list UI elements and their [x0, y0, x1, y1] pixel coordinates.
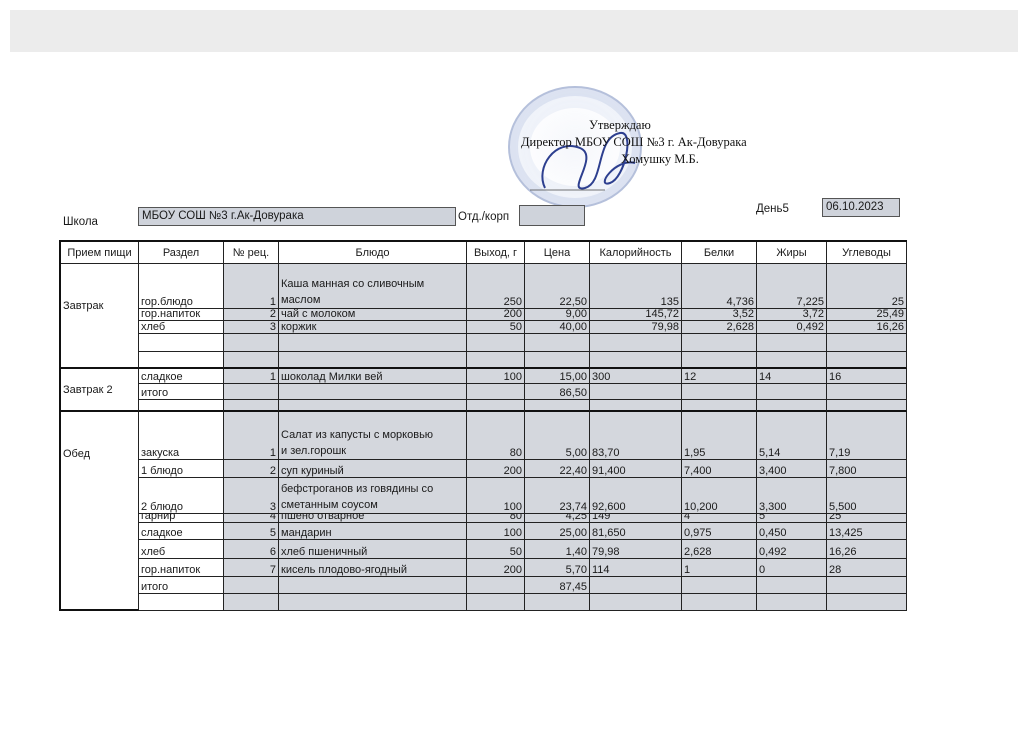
dish-name-line: пшено отварное [281, 514, 364, 522]
table-cell-carbs[interactable]: 7,19 [827, 412, 907, 460]
dish-name-line: сметанным соусом [281, 497, 378, 513]
table-cell-section: сладкое [139, 369, 224, 384]
column-header: Цена [525, 242, 590, 264]
table-cell-price[interactable]: 22,40 [525, 460, 590, 478]
column-header: Углеводы [827, 242, 907, 264]
table-cell-price[interactable]: 5,70 [525, 559, 590, 577]
table-cell-carbs[interactable]: 16,26 [827, 540, 907, 559]
meal-cell: Завтрак [61, 264, 139, 369]
table-cell-kcal[interactable]: 145,72 [590, 309, 682, 321]
table-cell-yield[interactable] [467, 334, 525, 352]
table-cell-protein[interactable] [682, 352, 757, 369]
date-field[interactable]: 06.10.2023 [822, 198, 900, 217]
table-cell-carbs[interactable]: 5,500 [827, 478, 907, 514]
table-cell-fat[interactable]: 0 [757, 559, 827, 577]
table-cell-fat[interactable]: 3,400 [757, 460, 827, 478]
table-cell-section: хлеб [139, 540, 224, 559]
day-label: День5 [756, 203, 789, 215]
table-cell-rec: 6 [224, 540, 279, 559]
dish-name-line: суп куриный [281, 465, 344, 477]
table-cell-rec [224, 400, 279, 412]
meal-cell: Обед [61, 412, 139, 611]
table-cell-rec: 2 [224, 309, 279, 321]
table-cell-kcal[interactable] [590, 352, 682, 369]
table-cell-dish[interactable]: хлеб пшеничный [279, 540, 467, 559]
table-cell-kcal[interactable] [590, 384, 682, 400]
column-header: Раздел [139, 242, 224, 264]
table-cell-protein[interactable]: 1,95 [682, 412, 757, 460]
dish-name-line: хлеб пшеничный [281, 546, 367, 558]
table-cell-rec [224, 577, 279, 594]
table-cell-fat[interactable]: 5,14 [757, 412, 827, 460]
table-cell-kcal[interactable]: 300 [590, 369, 682, 384]
table-cell-section: гор.напиток [139, 559, 224, 577]
table-cell-kcal[interactable]: 83,70 [590, 412, 682, 460]
table-cell-section: закуска [139, 412, 224, 460]
dish-name-line: мандарин [281, 527, 332, 539]
table-cell-yield[interactable]: 250 [467, 264, 525, 309]
table-cell-protein[interactable]: 3,52 [682, 309, 757, 321]
column-header: Блюдо [279, 242, 467, 264]
meal-cell: Завтрак 2 [61, 369, 139, 412]
table-cell-price[interactable] [525, 400, 590, 412]
dish-name-line: чай с молоком [281, 309, 355, 320]
table-cell-dish[interactable]: пшено отварное [279, 514, 467, 523]
table-cell-yield[interactable] [467, 577, 525, 594]
table-cell-kcal[interactable]: 91,400 [590, 460, 682, 478]
menu-table: Прием пищиРаздел№ рец.БлюдоВыход, гЦенаК… [59, 240, 907, 611]
table-cell-section: гор.блюдо [139, 264, 224, 309]
dish-name-line: шоколад Милки вей [281, 371, 383, 383]
table-cell-protein[interactable]: 1 [682, 559, 757, 577]
table-cell-kcal[interactable]: 149 [590, 514, 682, 523]
approval-name: Хомушку М.Б. [621, 152, 699, 167]
table-cell-protein[interactable] [682, 334, 757, 352]
table-cell-kcal[interactable] [590, 577, 682, 594]
table-cell-rec: 3 [224, 321, 279, 334]
table-cell-rec: 2 [224, 460, 279, 478]
table-cell-protein[interactable]: 12 [682, 369, 757, 384]
approval-position: Директор МБОУ СОШ №3 г. Ак-Довурака [521, 135, 747, 150]
table-cell-section [139, 352, 224, 369]
table-cell-carbs[interactable] [827, 594, 907, 611]
table-cell-kcal[interactable]: 135 [590, 264, 682, 309]
table-cell-section [139, 334, 224, 352]
column-header: Калорийность [590, 242, 682, 264]
table-cell-rec: 1 [224, 369, 279, 384]
table-cell-protein[interactable]: 2,628 [682, 540, 757, 559]
table-cell-price[interactable]: 5,00 [525, 412, 590, 460]
table-cell-fat[interactable]: 3,300 [757, 478, 827, 514]
table-cell-yield[interactable]: 100 [467, 369, 525, 384]
table-cell-fat[interactable] [757, 594, 827, 611]
table-cell-dish[interactable] [279, 577, 467, 594]
table-cell-carbs[interactable] [827, 352, 907, 369]
table-cell-carbs[interactable]: 28 [827, 559, 907, 577]
table-cell-rec: 1 [224, 264, 279, 309]
table-cell-carbs[interactable]: 16 [827, 369, 907, 384]
table-cell-carbs[interactable] [827, 577, 907, 594]
table-cell-section: 1 блюдо [139, 460, 224, 478]
table-cell-fat[interactable] [757, 334, 827, 352]
column-header: Прием пищи [61, 242, 139, 264]
table-cell-fat[interactable] [757, 577, 827, 594]
table-cell-yield[interactable]: 200 [467, 309, 525, 321]
table-cell-price[interactable]: 86,50 [525, 384, 590, 400]
table-cell-yield[interactable]: 80 [467, 514, 525, 523]
dish-name-line: кисель плодово-ягодный [281, 564, 407, 576]
table-cell-protein[interactable]: 7,400 [682, 460, 757, 478]
table-cell-dish[interactable]: кисель плодово-ягодный [279, 559, 467, 577]
column-header: Белки [682, 242, 757, 264]
table-cell-protein[interactable]: 4 [682, 514, 757, 523]
scan-top-band [10, 10, 1018, 52]
table-cell-price[interactable]: 22,50 [525, 264, 590, 309]
table-cell-section: итого [139, 384, 224, 400]
table-cell-price[interactable]: 15,00 [525, 369, 590, 384]
table-cell-fat[interactable]: 0,450 [757, 523, 827, 540]
table-cell-fat[interactable]: 3,72 [757, 309, 827, 321]
table-cell-fat[interactable]: 0,492 [757, 540, 827, 559]
table-cell-fat[interactable] [757, 384, 827, 400]
table-cell-carbs[interactable]: 25,49 [827, 309, 907, 321]
table-cell-yield[interactable]: 50 [467, 540, 525, 559]
table-cell-protein[interactable] [682, 577, 757, 594]
dish-name-line: бефстроганов из говядины со [281, 481, 433, 497]
table-cell-price[interactable]: 25,00 [525, 523, 590, 540]
table-cell-yield[interactable]: 200 [467, 559, 525, 577]
table-cell-yield[interactable]: 100 [467, 523, 525, 540]
table-cell-carbs[interactable] [827, 384, 907, 400]
table-cell-protein[interactable] [682, 594, 757, 611]
dish-name-line: Каша манная со сливочным [281, 276, 424, 292]
table-cell-carbs[interactable]: 16,26 [827, 321, 907, 334]
table-cell-price[interactable] [525, 352, 590, 369]
table-cell-dish[interactable] [279, 334, 467, 352]
table-cell-price[interactable] [525, 594, 590, 611]
table-cell-dish[interactable]: чай с молоком [279, 309, 467, 321]
table-cell-dish[interactable]: коржик [279, 321, 467, 334]
table-cell-section [139, 594, 224, 611]
table-cell-yield[interactable] [467, 594, 525, 611]
dept-field[interactable] [519, 205, 585, 226]
table-cell-kcal[interactable] [590, 400, 682, 412]
table-cell-kcal[interactable]: 79,98 [590, 540, 682, 559]
table-cell-rec [224, 594, 279, 611]
table-cell-dish[interactable] [279, 400, 467, 412]
table-cell-kcal[interactable]: 114 [590, 559, 682, 577]
table-cell-carbs[interactable] [827, 400, 907, 412]
table-cell-carbs[interactable]: 25 [827, 514, 907, 523]
table-cell-rec: 5 [224, 523, 279, 540]
table-cell-yield[interactable]: 80 [467, 412, 525, 460]
table-cell-price[interactable]: 9,00 [525, 309, 590, 321]
table-cell-dish[interactable]: шоколад Милки вей [279, 369, 467, 384]
table-cell-rec [224, 334, 279, 352]
table-cell-dish[interactable]: бефстроганов из говядины сосметанным соу… [279, 478, 467, 514]
column-header: № рец. [224, 242, 279, 264]
table-cell-section: гор.напиток [139, 309, 224, 321]
table-cell-yield[interactable]: 200 [467, 460, 525, 478]
table-cell-price[interactable]: 23,74 [525, 478, 590, 514]
table-cell-rec: 4 [224, 514, 279, 523]
table-cell-fat[interactable]: 5 [757, 514, 827, 523]
table-cell-section: хлеб [139, 321, 224, 334]
dish-name-line: маслом [281, 292, 320, 308]
table-cell-protein[interactable] [682, 384, 757, 400]
table-cell-dish[interactable] [279, 384, 467, 400]
table-cell-rec [224, 384, 279, 400]
table-cell-section: итого [139, 577, 224, 594]
table-cell-fat[interactable] [757, 400, 827, 412]
table-cell-price[interactable]: 40,00 [525, 321, 590, 334]
table-cell-protein[interactable]: 4,736 [682, 264, 757, 309]
table-cell-dish[interactable]: суп куриный [279, 460, 467, 478]
table-cell-carbs[interactable]: 7,800 [827, 460, 907, 478]
table-cell-dish[interactable]: Каша манная со сливочныммаслом [279, 264, 467, 309]
dish-name-line: Салат из капусты с морковью [281, 427, 433, 443]
approval-title: Утверждаю [589, 118, 651, 133]
column-header: Жиры [757, 242, 827, 264]
table-cell-rec [224, 352, 279, 369]
table-cell-carbs[interactable] [827, 334, 907, 352]
table-cell-kcal[interactable]: 81,650 [590, 523, 682, 540]
table-cell-yield[interactable]: 50 [467, 321, 525, 334]
table-cell-protein[interactable] [682, 400, 757, 412]
table-cell-carbs[interactable]: 13,425 [827, 523, 907, 540]
table-cell-section: гарнир [139, 514, 224, 523]
table-cell-section [139, 400, 224, 412]
table-cell-section: сладкое [139, 523, 224, 540]
table-cell-fat[interactable]: 7,225 [757, 264, 827, 309]
school-field[interactable]: МБОУ СОШ №3 г.Ак-Довурака [138, 207, 456, 226]
table-cell-fat[interactable]: 14 [757, 369, 827, 384]
school-label: Школа [63, 216, 98, 228]
table-cell-fat[interactable]: 0,492 [757, 321, 827, 334]
table-cell-price[interactable]: 4,25 [525, 514, 590, 523]
table-cell-dish[interactable] [279, 352, 467, 369]
table-cell-rec: 7 [224, 559, 279, 577]
table-cell-price[interactable]: 87,45 [525, 577, 590, 594]
table-cell-fat[interactable] [757, 352, 827, 369]
dish-name-line: и зел.горошк [281, 443, 346, 459]
table-cell-section: 2 блюдо [139, 478, 224, 514]
table-cell-price[interactable] [525, 334, 590, 352]
table-cell-yield[interactable] [467, 352, 525, 369]
table-cell-protein[interactable]: 0,975 [682, 523, 757, 540]
table-cell-yield[interactable] [467, 384, 525, 400]
table-cell-kcal[interactable]: 79,98 [590, 321, 682, 334]
table-cell-protein[interactable]: 10,200 [682, 478, 757, 514]
table-cell-dish[interactable]: мандарин [279, 523, 467, 540]
dept-label: Отд./корп [458, 211, 509, 223]
table-cell-rec: 1 [224, 412, 279, 460]
column-header: Выход, г [467, 242, 525, 264]
table-cell-dish[interactable] [279, 594, 467, 611]
table-cell-dish[interactable]: Салат из капусты с морковьюи зел.горошк [279, 412, 467, 460]
table-cell-yield[interactable] [467, 400, 525, 412]
table-cell-kcal[interactable] [590, 334, 682, 352]
table-cell-carbs[interactable]: 25 [827, 264, 907, 309]
table-cell-protein[interactable]: 2,628 [682, 321, 757, 334]
table-cell-price[interactable]: 1,40 [525, 540, 590, 559]
dish-name-line: коржик [281, 321, 317, 333]
table-cell-kcal[interactable]: 92,600 [590, 478, 682, 514]
table-cell-kcal[interactable] [590, 594, 682, 611]
table-cell-rec: 3 [224, 478, 279, 514]
table-cell-yield[interactable]: 100 [467, 478, 525, 514]
